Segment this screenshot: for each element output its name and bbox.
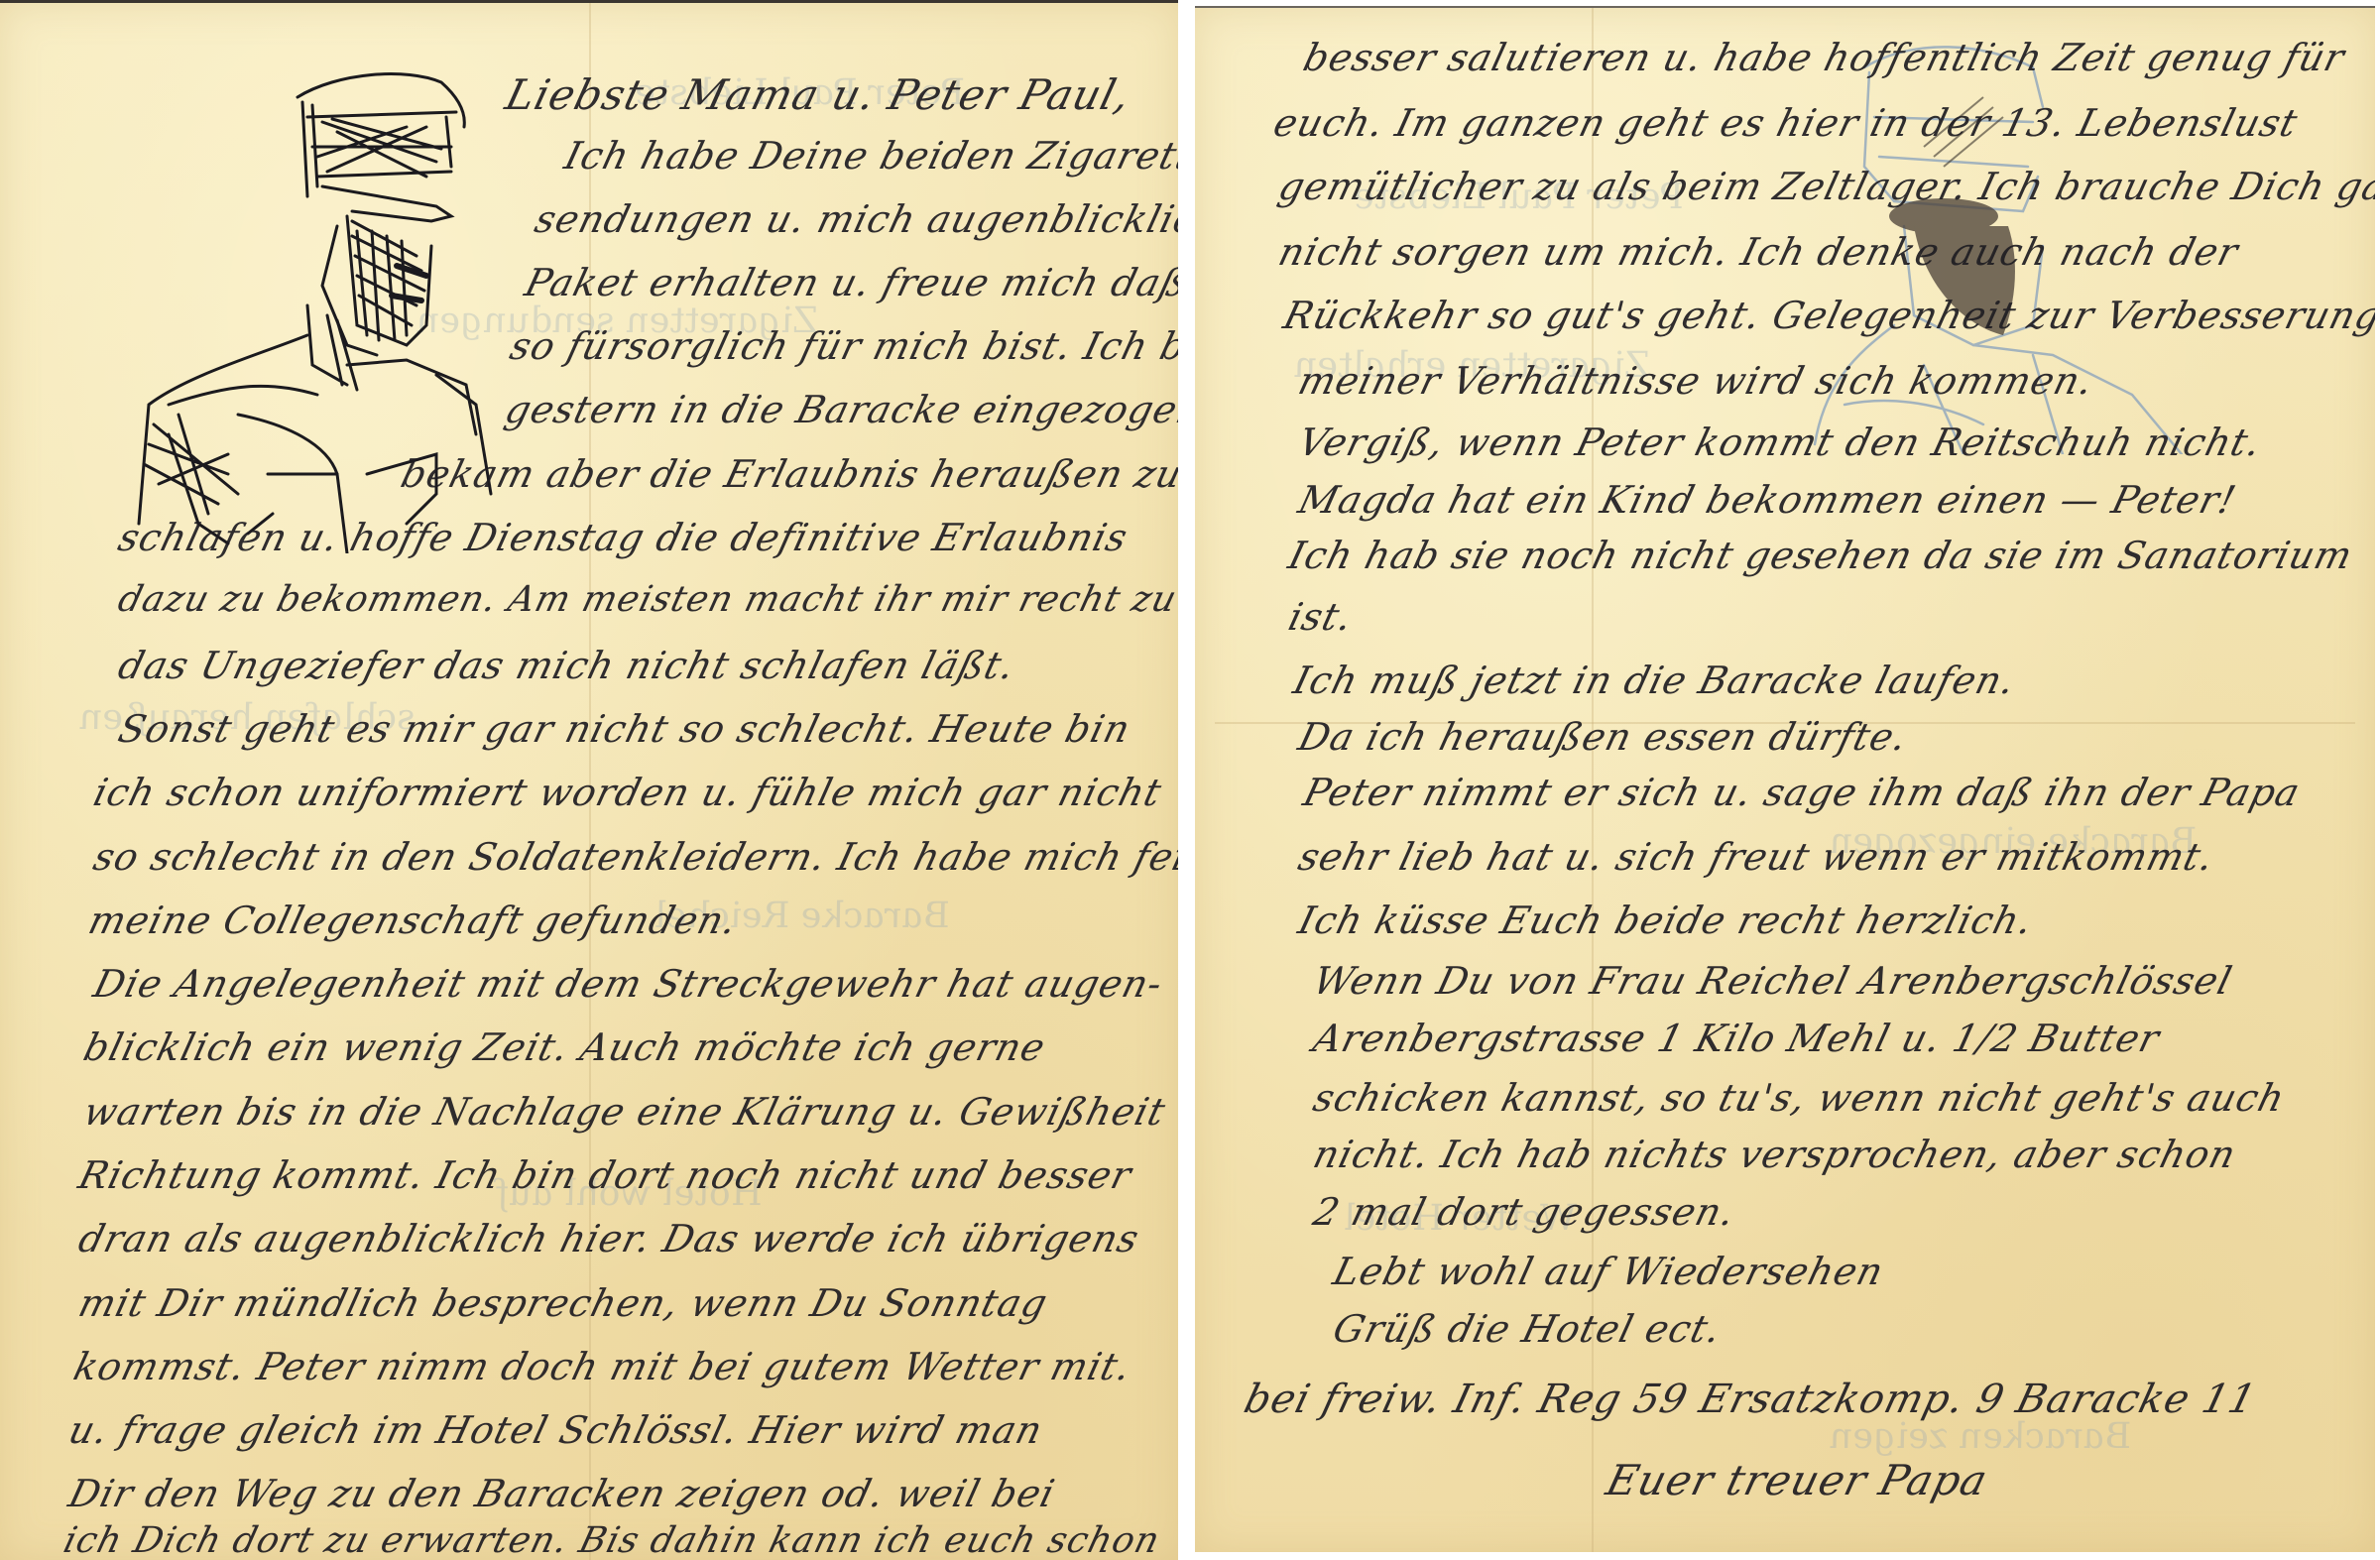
- letter-line: Vergiß, wenn Peter kommt den Reitschuh n…: [1294, 420, 2266, 464]
- letter-line: Ich habe Deine beiden Zigaretten-: [560, 134, 1178, 178]
- letter-line: nicht. Ich hab nichts versprochen, aber …: [1309, 1133, 2241, 1176]
- letter-line: warten bis in die Nachlage eine Klärung …: [79, 1090, 1170, 1134]
- letter-line: Arenbergstrasse 1 Kilo Mehl u. 1/2 Butte…: [1309, 1017, 2164, 1060]
- letter-line: dazu zu bekommen. Am meisten macht ihr m…: [114, 579, 1178, 620]
- letter-line: Richtung kommt. Ich bin dort noch nicht …: [74, 1153, 1136, 1197]
- letter-line: gemütlicher zu als beim Zeltlager. Ich b…: [1274, 165, 2375, 208]
- letter-line: dran als augenblicklich hier. Das werde …: [74, 1217, 1144, 1260]
- letter-line: Ich hab sie noch nicht gesehen da sie im…: [1284, 534, 2357, 577]
- letter-line: Die Angelegenheit mit dem Streckgewehr h…: [89, 962, 1167, 1006]
- letter-line: ist.: [1284, 595, 1358, 639]
- letter-line: so fürsorglich für mich bist. Ich bin: [506, 324, 1178, 368]
- letter-line: sendungen u. mich augenblicklich das: [531, 197, 1178, 241]
- letter-line: Wenn Du von Frau Reichel Arenbergschlöss…: [1309, 959, 2237, 1003]
- letter-line: ich schon uniformiert worden u. fühle mi…: [89, 771, 1166, 814]
- letter-line: Sonst geht es mir gar nicht so schlecht.…: [114, 707, 1135, 751]
- letter-page-left: Peter Paul Liebste Zigaretten sendungen …: [0, 0, 1178, 1560]
- letter-line: Magda hat ein Kind bekommen einen — Pete…: [1294, 478, 2241, 522]
- letter-line: das Ungeziefer das mich nicht schlafen l…: [114, 644, 1019, 687]
- letter-line: mit Dir mündlich besprechen, wenn Du Son…: [74, 1281, 1052, 1325]
- letter-line: nicht sorgen um mich. Ich denke auch nac…: [1274, 230, 2243, 274]
- letter-line: gestern in die Baracke eingezogen: [501, 388, 1178, 431]
- letter-greeting: Liebste Mama u. Peter Paul,: [501, 70, 1136, 119]
- letter-line: euch. Im ganzen geht es hier in der 13. …: [1269, 101, 2303, 145]
- letter-line: u. frage gleich im Hotel Schlössl. Hier …: [64, 1408, 1047, 1452]
- letter-line: Paket erhalten u. freue mich daß Du: [521, 261, 1178, 304]
- letter-line: ich Dich dort zu erwarten. Bis dahin kan…: [59, 1520, 1164, 1560]
- letter-line: schlafen u. hoffe Dienstag die definitiv…: [114, 516, 1132, 559]
- letter-line: Ich küsse Euch beide recht herzlich.: [1294, 899, 2038, 942]
- letter-address: bei freiw. Inf. Reg 59 Ersatzkomp. 9 Bar…: [1240, 1377, 2261, 1422]
- letter-line: besser salutieren u. habe hoffentlich Ze…: [1299, 36, 2349, 79]
- letter-page-right: Peter Paul Liebste Zigaretten erhalten B…: [1195, 6, 2375, 1552]
- letter-line: Ich muß jetzt in die Baracke laufen.: [1289, 659, 2020, 702]
- letter-line: Lebt wohl auf Wiedersehen: [1329, 1250, 1888, 1293]
- letter-signature: Euer treuer Papa: [1602, 1456, 1993, 1504]
- letter-line: Dir den Weg zu den Baracken zeigen od. w…: [64, 1472, 1060, 1515]
- letter-line: meine Collegenschaft gefunden.: [84, 899, 742, 942]
- letter-line: Da ich heraußen essen dürfte.: [1294, 715, 1912, 759]
- letter-line: Rückkehr so gut's geht. Gelegenheit zur …: [1279, 294, 2375, 337]
- letter-line: schicken kannst, so tu's, wenn nicht geh…: [1309, 1076, 2290, 1120]
- letter-line: so schlecht in den Soldatenkleidern. Ich…: [89, 835, 1178, 879]
- letter-line: sehr lieb hat u. sich freut wenn er mitk…: [1294, 835, 2219, 879]
- letter-line: bekam aber die Erlaubnis heraußen zu: [397, 452, 1178, 496]
- letter-line: meiner Verhältnisse wird sich kommen.: [1294, 359, 2098, 403]
- letter-line: 2 mal dort gegessen.: [1309, 1190, 1740, 1234]
- letter-line: blicklich ein wenig Zeit. Auch möchte ic…: [79, 1025, 1050, 1069]
- letter-line: kommst. Peter nimm doch mit bei gutem We…: [69, 1345, 1136, 1388]
- letter-line: Peter nimmt er sich u. sage ihm daß ihn …: [1299, 771, 2305, 814]
- letter-line: Grüß die Hotel ect.: [1329, 1307, 1726, 1351]
